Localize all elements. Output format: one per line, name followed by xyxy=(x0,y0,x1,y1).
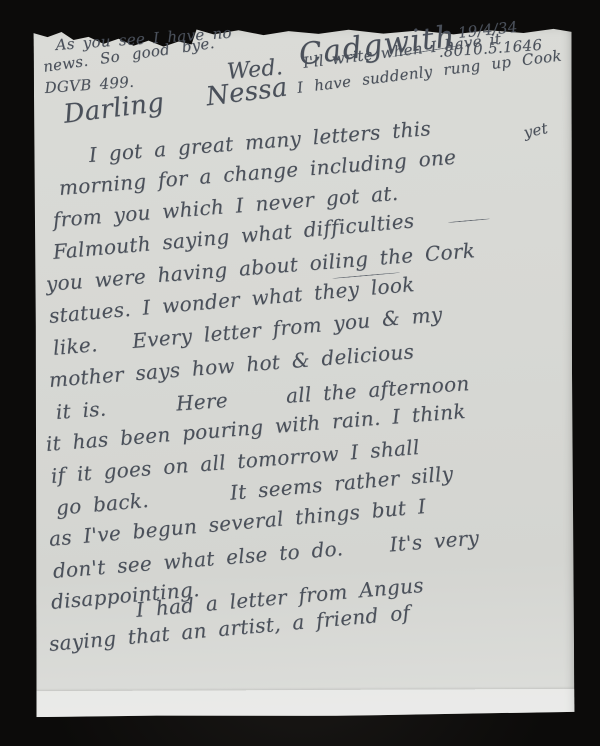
fold-highlight xyxy=(36,689,574,718)
photograph-background: As you see I have no news. So good bye. … xyxy=(0,0,600,746)
